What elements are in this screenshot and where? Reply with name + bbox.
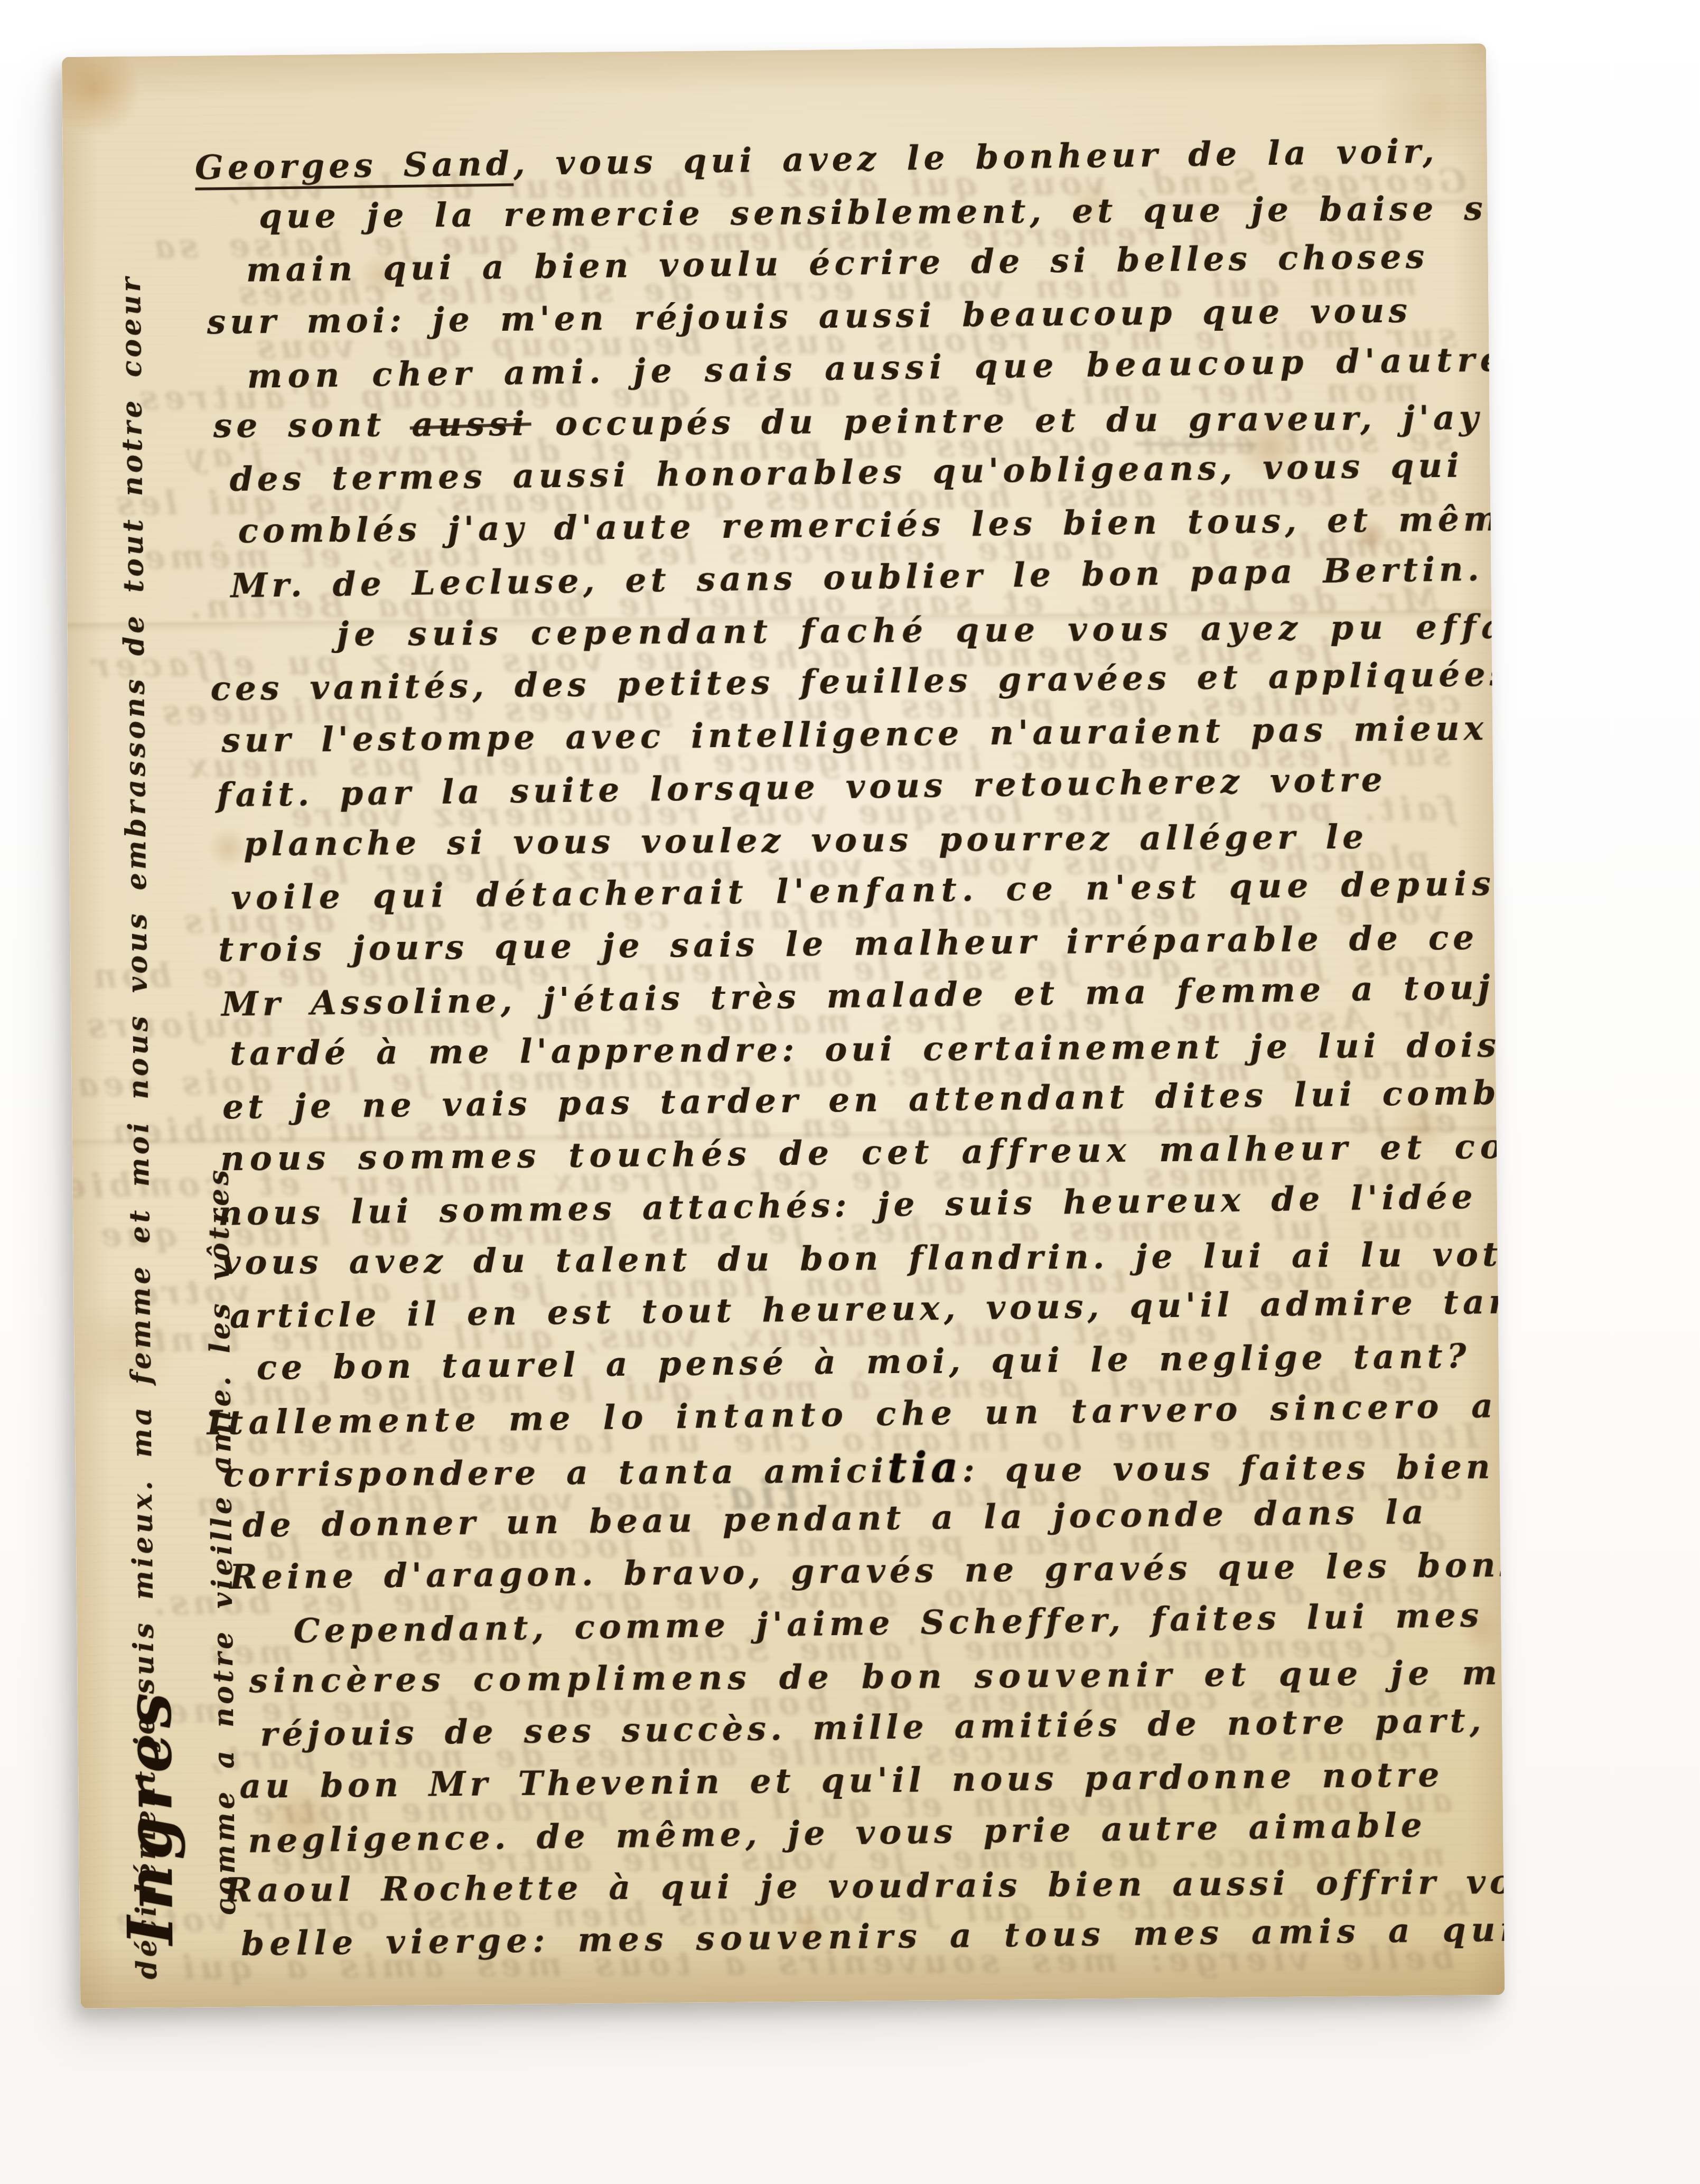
underlined-words: Georges Sand: [195, 144, 514, 187]
letter-paper: Georges Sand, vous qui avez le bonheur d…: [62, 43, 1505, 2009]
photo-background: Georges Sand, vous qui avez le bonheur d…: [0, 0, 1700, 2184]
ink-corrected-word: tia: [888, 1442, 963, 1492]
letter-text: Georges Sand, vous qui avez le bonheur d…: [195, 127, 1483, 1970]
struck-word: aussi: [412, 404, 529, 444]
ingres-signature: Ingres: [111, 1687, 188, 1945]
